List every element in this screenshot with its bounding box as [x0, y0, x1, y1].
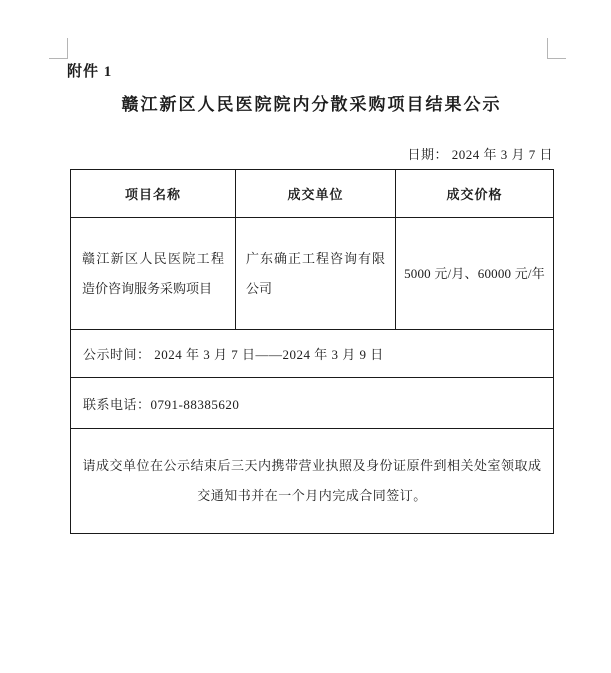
header-winning-company: 成交单位 — [236, 170, 396, 218]
result-table: 项目名称 成交单位 成交价格 赣江新区人民医院工程造价咨询服务采购项目 广东确正… — [70, 169, 554, 534]
header-project-name: 项目名称 — [71, 170, 236, 218]
margin-corner-left-icon — [49, 38, 68, 59]
header-price: 成交价格 — [396, 170, 554, 218]
notice-line-2: 交通知书并在一个月内完成合同签订。 — [77, 481, 547, 511]
cell-price: 5000 元/月、60000 元/年 — [396, 218, 554, 330]
contact-phone-text: 联系电话：0791-88385620 — [71, 378, 554, 429]
notice-line-1: 请成交单位在公示结束后三天内携带营业执照及身份证原件到相关处室领取成 — [77, 451, 547, 481]
cell-project-name: 赣江新区人民医院工程造价咨询服务采购项目 — [71, 218, 236, 330]
publicity-period-row: 公示时间： 2024 年 3 月 7 日——2024 年 3 月 9 日 — [71, 330, 554, 378]
cell-winning-company: 广东确正工程咨询有限公司 — [236, 218, 396, 330]
contact-phone-row: 联系电话：0791-88385620 — [71, 378, 554, 429]
document-page: 附件 1 赣江新区人民医院院内分散采购项目结果公示 日期： 2024 年 3 月… — [0, 0, 611, 673]
table-header-row: 项目名称 成交单位 成交价格 — [71, 170, 554, 218]
table-row: 赣江新区人民医院工程造价咨询服务采购项目 广东确正工程咨询有限公司 5000 元… — [71, 218, 554, 330]
notice-row: 请成交单位在公示结束后三天内携带营业执照及身份证原件到相关处室领取成 交通知书并… — [71, 429, 554, 534]
attachment-label: 附件 1 — [67, 60, 112, 81]
margin-corner-right-icon — [547, 38, 566, 59]
page-title: 赣江新区人民医院院内分散采购项目结果公示 — [70, 90, 553, 115]
publicity-period-text: 公示时间： 2024 年 3 月 7 日——2024 年 3 月 9 日 — [71, 330, 554, 378]
date-line: 日期： 2024 年 3 月 7 日 — [70, 144, 553, 163]
notice-cell: 请成交单位在公示结束后三天内携带营业执照及身份证原件到相关处室领取成 交通知书并… — [71, 429, 554, 534]
